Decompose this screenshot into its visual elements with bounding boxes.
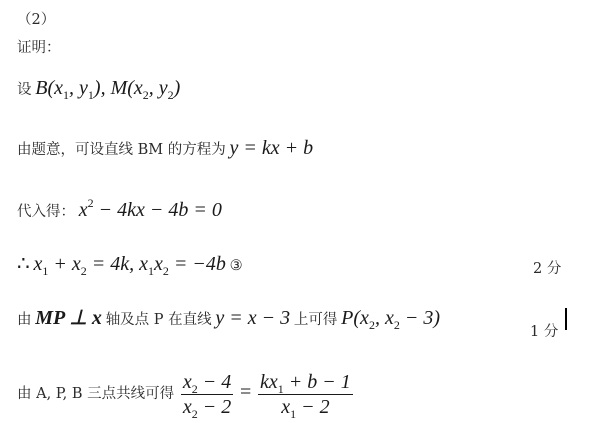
points-expression: B(x1, y1), M(x2, y2) bbox=[35, 77, 180, 99]
p-text-3: 上可得 bbox=[294, 312, 338, 328]
therefore-symbol: ∴ bbox=[17, 253, 30, 275]
bm-text: 由题意，可设直线 BM 的方程为 bbox=[17, 142, 226, 158]
line-vieta: ∴ x1 + x2 = 4k, x1x2 = −4b ③ bbox=[17, 254, 243, 276]
substitute-text: 代入得： bbox=[17, 204, 75, 220]
circled-marker: ③ bbox=[230, 258, 243, 274]
quadratic-equation: x2 − 4kx − 4b = 0 bbox=[79, 199, 222, 221]
score-1: 1 分 bbox=[530, 320, 558, 341]
collinear-text: 由 A, P, B 三点共线可得 bbox=[17, 386, 174, 402]
mp-perp: MP ⊥ x bbox=[35, 307, 102, 329]
text-cursor bbox=[565, 308, 567, 330]
line-set-points: 设 B(x1, y1), M(x2, y2) bbox=[17, 78, 180, 100]
vieta-expression: x1 + x2 = 4k, x1x2 = −4b bbox=[33, 253, 225, 275]
set-prefix: 设 bbox=[17, 82, 32, 98]
part-label: （2） bbox=[17, 10, 55, 30]
line-y-equation: y = x − 3 bbox=[215, 307, 290, 329]
rhs-fraction: kx1 + b − 1 x1 − 2 bbox=[258, 370, 353, 419]
lhs-fraction: x2 − 4 x2 − 2 bbox=[181, 370, 233, 419]
proof-label: 证明： bbox=[17, 38, 61, 58]
line-bm-equation: 由题意，可设直线 BM 的方程为 y = kx + b bbox=[17, 138, 313, 160]
line-collinear: 由 A, P, B 三点共线可得 x2 − 4 x2 − 2 = kx1 + b… bbox=[17, 366, 356, 420]
p-coordinates: P(x2, x2 − 3) bbox=[341, 307, 440, 329]
p-text-2: 轴及点 P 在直线 bbox=[106, 312, 212, 328]
bm-math: y = kx + b bbox=[229, 137, 313, 159]
p-text-1: 由 bbox=[17, 312, 32, 328]
line-point-p: 由 MP ⊥ x 轴及点 P 在直线 y = x − 3 上可得 P(x2, x… bbox=[17, 308, 440, 330]
line-substitute: 代入得： x2 − 4kx − 4b = 0 bbox=[17, 200, 222, 222]
equals-sign: = bbox=[240, 381, 251, 403]
score-2: 2 分 bbox=[533, 257, 561, 278]
